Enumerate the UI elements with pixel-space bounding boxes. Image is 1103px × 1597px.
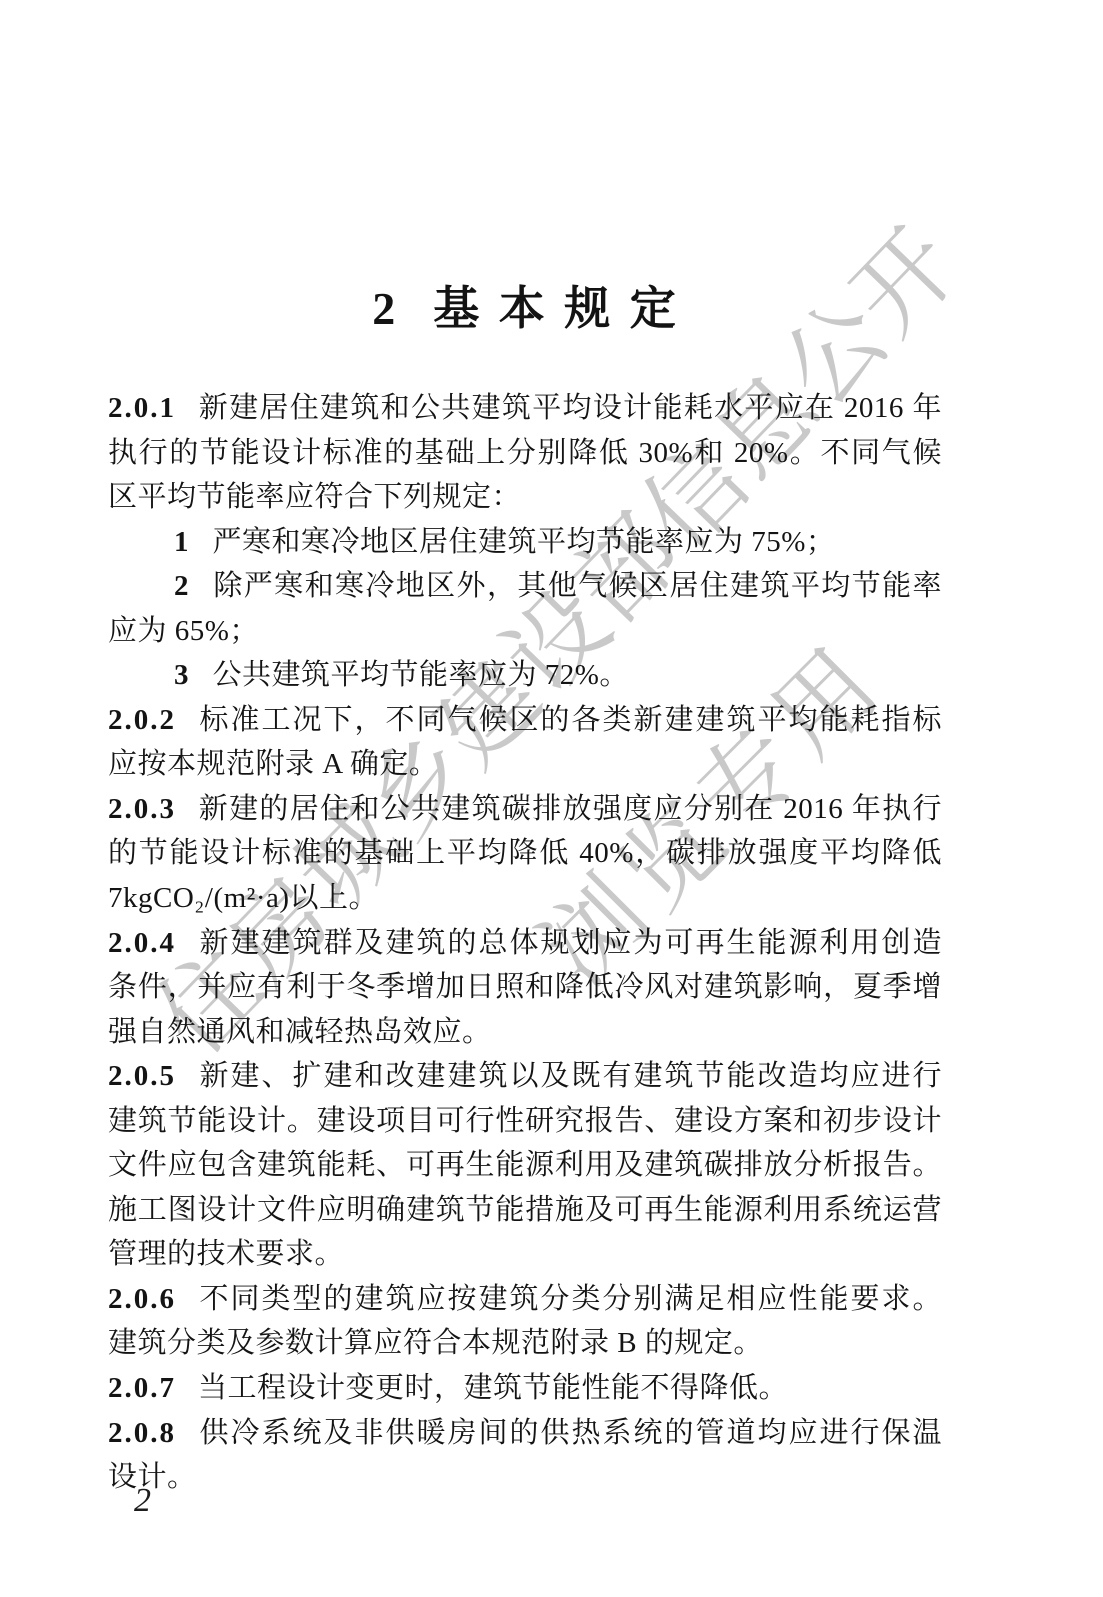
text-line: 2.0.6不同类型的建筑应按建筑分类分别满足相应性能要求。: [108, 1277, 942, 1322]
clause-number: 2.0.7: [108, 1372, 176, 1404]
line-text: 应为 65%；: [108, 615, 259, 647]
line-text: 新建建筑群及建筑的总体规划应为可再生能源利用创造: [198, 927, 942, 959]
line-text: 建筑分类及参数计算应符合本规范附录 B 的规定。: [108, 1327, 763, 1359]
text-line: 执行的节能设计标准的基础上分别降低 30%和 20%。不同气候: [108, 431, 942, 476]
line-text: 标准工况下，不同气候区的各类新建建筑平均能耗指标: [198, 704, 942, 736]
clause-number: 2.0.2: [108, 704, 176, 736]
chapter-title-text: 基 本 规 定: [433, 272, 678, 338]
text-line: 建筑节能设计。建设项目可行性研究报告、建设方案和初步设计: [108, 1099, 942, 1144]
text-line: 强自然通风和减轻热岛效应。: [108, 1010, 942, 1055]
clause-number: 2.0.1: [108, 392, 176, 424]
chapter-number: 2: [372, 282, 395, 335]
text-line: 2.0.8供冷系统及非供暖房间的供热系统的管道均应进行保温: [108, 1411, 942, 1456]
text-line: 文件应包含建筑能耗、可再生能源利用及建筑碳排放分析报告。: [108, 1143, 942, 1188]
text-line: 2.0.4新建建筑群及建筑的总体规划应为可再生能源利用创造: [108, 921, 942, 966]
line-text: 当工程设计变更时，建筑节能性能不得降低。: [198, 1372, 788, 1404]
clause-number: 2.0.6: [108, 1283, 176, 1315]
text-line: 2除严寒和寒冷地区外，其他气候区居住建筑平均节能率: [108, 564, 942, 609]
line-text: 区平均节能率应符合下列规定：: [108, 481, 521, 513]
text-line: 2.0.3新建的居住和公共建筑碳排放强度应分别在 2016 年执行: [108, 787, 942, 832]
clause-number: 2: [174, 570, 191, 602]
document-page: 住房城乡建设部信息公开 浏览专用 2 基 本 规 定 2.0.1新建居住建筑和公…: [0, 0, 1103, 1597]
text-line: 2.0.2标准工况下，不同气候区的各类新建建筑平均能耗指标: [108, 698, 942, 743]
text-line: 管理的技术要求。: [108, 1232, 942, 1277]
line-text: 文件应包含建筑能耗、可再生能源利用及建筑碳排放分析报告。: [108, 1149, 942, 1181]
text-line: 1严寒和寒冷地区居住建筑平均节能率应为 75%；: [108, 520, 942, 565]
text-line: 7kgCO₂/(m²·a)以上。: [108, 876, 942, 921]
clause-number: 2.0.8: [108, 1417, 176, 1449]
line-text: 管理的技术要求。: [108, 1238, 344, 1270]
text-line: 2.0.1新建居住建筑和公共建筑平均设计能耗水平应在 2016 年: [108, 386, 942, 431]
clause-number: 3: [174, 659, 191, 691]
chapter-title: 2 基 本 规 定: [108, 272, 942, 338]
text-line: 3公共建筑平均节能率应为 72%。: [108, 653, 942, 698]
line-text: 执行的节能设计标准的基础上分别降低 30%和 20%。不同气候: [108, 437, 942, 469]
clause-number: 1: [174, 526, 191, 558]
page-content: 2 基 本 规 定 2.0.1新建居住建筑和公共建筑平均设计能耗水平应在 201…: [0, 0, 1103, 1597]
clause-number: 2.0.4: [108, 927, 176, 959]
line-text: 条件，并应有利于冬季增加日照和降低冷风对建筑影响，夏季增: [108, 971, 942, 1003]
line-text: 严寒和寒冷地区居住建筑平均节能率应为 75%；: [213, 526, 836, 558]
line-text: 不同类型的建筑应按建筑分类分别满足相应性能要求。: [198, 1283, 942, 1315]
line-text: 新建居住建筑和公共建筑平均设计能耗水平应在 2016 年: [198, 392, 942, 424]
text-line: 建筑分类及参数计算应符合本规范附录 B 的规定。: [108, 1321, 942, 1366]
clause-number: 2.0.5: [108, 1060, 176, 1092]
line-text: 施工图设计文件应明确建筑节能措施及可再生能源利用系统运营: [108, 1194, 942, 1226]
body-text: 2.0.1新建居住建筑和公共建筑平均设计能耗水平应在 2016 年执行的节能设计…: [108, 386, 942, 1500]
page-number: 2: [134, 1482, 151, 1520]
line-text: 的节能设计标准的基础上平均降低 40%，碳排放强度平均降低: [108, 837, 942, 869]
line-text: 除严寒和寒冷地区外，其他气候区居住建筑平均节能率: [213, 570, 943, 602]
text-line: 应按本规范附录 A 确定。: [108, 742, 942, 787]
line-text: 7kgCO₂/(m²·a)以上。: [108, 882, 378, 914]
line-text: 公共建筑平均节能率应为 72%。: [213, 659, 629, 691]
line-text: 建筑节能设计。建设项目可行性研究报告、建设方案和初步设计: [108, 1105, 942, 1137]
text-line: 施工图设计文件应明确建筑节能措施及可再生能源利用系统运营: [108, 1188, 942, 1233]
text-line: 区平均节能率应符合下列规定：: [108, 475, 942, 520]
text-line: 2.0.5新建、扩建和改建建筑以及既有建筑节能改造均应进行: [108, 1054, 942, 1099]
text-line: 应为 65%；: [108, 609, 942, 654]
line-text: 强自然通风和减轻热岛效应。: [108, 1016, 492, 1048]
text-line: 条件，并应有利于冬季增加日照和降低冷风对建筑影响，夏季增: [108, 965, 942, 1010]
line-text: 新建的居住和公共建筑碳排放强度应分别在 2016 年执行: [198, 793, 942, 825]
text-line: 2.0.7当工程设计变更时，建筑节能性能不得降低。: [108, 1366, 942, 1411]
line-text: 新建、扩建和改建建筑以及既有建筑节能改造均应进行: [198, 1060, 942, 1092]
text-line: 的节能设计标准的基础上平均降低 40%，碳排放强度平均降低: [108, 831, 942, 876]
clause-number: 2.0.3: [108, 793, 176, 825]
line-text: 设计。: [108, 1461, 197, 1493]
text-line: 设计。: [108, 1455, 942, 1500]
line-text: 应按本规范附录 A 确定。: [108, 748, 438, 780]
line-text: 供冷系统及非供暖房间的供热系统的管道均应进行保温: [198, 1417, 942, 1449]
